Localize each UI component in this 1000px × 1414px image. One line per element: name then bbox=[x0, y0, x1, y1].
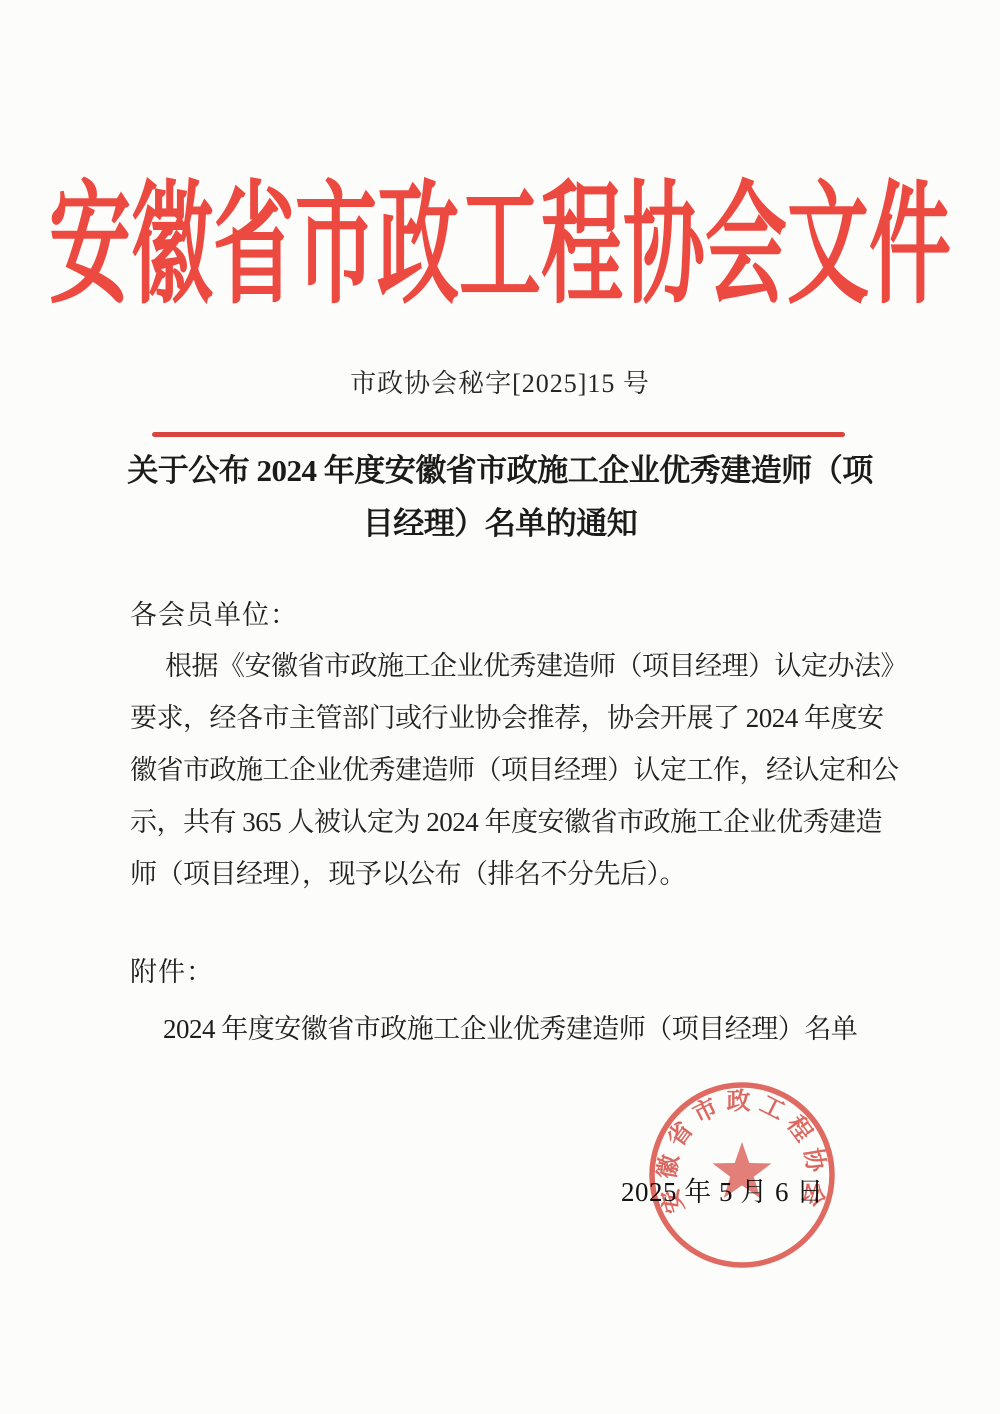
doc-number: 市政协会秘字[2025]15 号 bbox=[0, 368, 1000, 400]
document-title-line2: 目经理）名单的通知 bbox=[0, 497, 1000, 550]
letterhead-title: 安徽省市政工程协会文件 bbox=[0, 179, 1000, 315]
issue-date: 2025 年 5 月 6 日 bbox=[621, 1176, 824, 1208]
attachment-label: 附件： bbox=[130, 955, 214, 989]
paragraph-line-4: 示，共有 365 人被认定为 2024 年度安徽省市政施工企业优秀建造 bbox=[130, 796, 907, 848]
document-page: 安徽省市政工程协会文件 市政协会秘字[2025]15 号 关于公布 2024 年… bbox=[0, 0, 1000, 1414]
red-divider-line bbox=[152, 432, 845, 437]
paragraph-line-2: 要求，经各市主管部门或行业协会推荐，协会开展了 2024 年度安 bbox=[130, 692, 907, 744]
stamp-ring bbox=[652, 1085, 832, 1265]
official-seal-stamp: 安徽省市政工程协会 bbox=[644, 1077, 840, 1273]
attachment-title: 2024 年度安徽省市政施工企业优秀建造师（项目经理）名单 bbox=[163, 1012, 857, 1046]
body-paragraph: 根据《安徽省市政施工企业优秀建造师（项目经理）认定办法》 要求，经各市主管部门或… bbox=[130, 640, 907, 900]
paragraph-line-1: 根据《安徽省市政施工企业优秀建造师（项目经理）认定办法》 bbox=[130, 640, 907, 692]
paragraph-line-5: 师（项目经理），现予以公布（排名不分先后）。 bbox=[130, 848, 907, 900]
document-title: 关于公布 2024 年度安徽省市政施工企业优秀建造师（项 目经理）名单的通知 bbox=[0, 444, 1000, 550]
document-title-line1: 关于公布 2024 年度安徽省市政施工企业优秀建造师（项 bbox=[0, 444, 1000, 497]
salutation: 各会员单位： bbox=[130, 598, 298, 632]
paragraph-line-3: 徽省市政施工企业优秀建造师（项目经理）认定工作，经认定和公 bbox=[130, 744, 907, 796]
